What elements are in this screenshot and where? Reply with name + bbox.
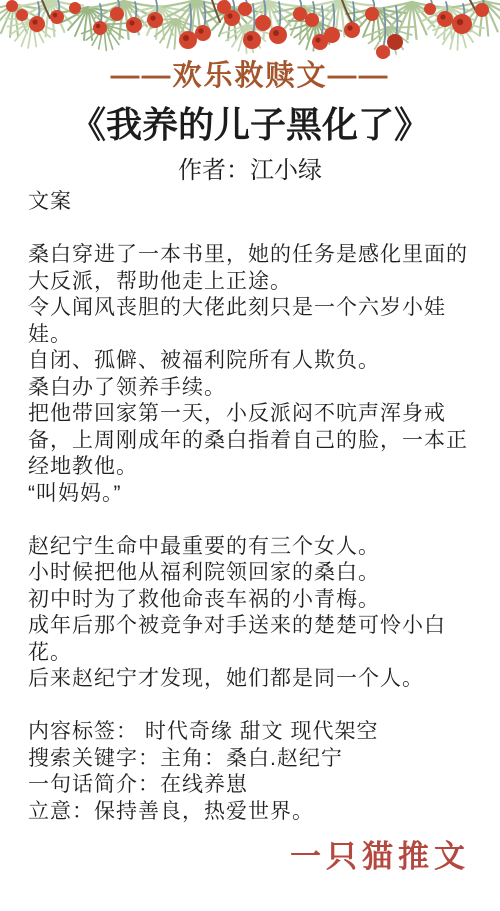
- synopsis-line: 花。: [28, 640, 474, 667]
- synopsis-line: 文案: [28, 189, 474, 216]
- synopsis-line: 成年后那个被竞争对手送来的楚楚可怜小白: [28, 613, 474, 640]
- synopsis-line: 桑白办了领养手续。: [28, 375, 474, 402]
- book-title: 《我养的儿子黑化了》: [0, 100, 500, 150]
- book-recommendation-card: ——欢乐救赎文—— 《我养的儿子黑化了》 作者：江小绿 文案 桑白穿进了一本书里…: [0, 0, 500, 911]
- synopsis-line: [28, 216, 474, 243]
- synopsis-line: 后来赵纪宁才发现，她们都是同一个人。: [28, 666, 474, 693]
- synopsis-line: 搜索关键字：主角：桑白.赵纪宁: [28, 746, 474, 773]
- card-content: ——欢乐救赎文—— 《我养的儿子黑化了》 作者：江小绿 文案 桑白穿进了一本书里…: [0, 0, 500, 911]
- synopsis-line: 桑白穿进了一本书里，她的任务是感化里面的: [28, 242, 474, 269]
- synopsis-line: [28, 507, 474, 534]
- author-line: 作者：江小绿: [0, 156, 500, 186]
- synopsis-line: 令人闻风丧胆的大佬此刻只是一个六岁小娃: [28, 295, 474, 322]
- synopsis-line: 初中时为了救他命丧车祸的小青梅。: [28, 587, 474, 614]
- synopsis-line: 内容标签： 时代奇缘 甜文 现代架空: [28, 719, 474, 746]
- synopsis-line: [28, 693, 474, 720]
- synopsis-line: 大反派，帮助他走上正途。: [28, 269, 474, 296]
- synopsis-line: “叫妈妈。”: [28, 481, 474, 508]
- synopsis-line: 小时候把他从福利院领回家的桑白。: [28, 560, 474, 587]
- synopsis-line: 赵纪宁生命中最重要的有三个女人。: [28, 534, 474, 561]
- synopsis-line: 娃。: [28, 322, 474, 349]
- synopsis-line: 一句话简介：在线养崽: [28, 772, 474, 799]
- synopsis-line: 把他带回家第一天，小反派闷不吭声浑身戒: [28, 401, 474, 428]
- category-banner: ——欢乐救赎文——: [0, 59, 500, 94]
- synopsis-line: 经地教他。: [28, 454, 474, 481]
- synopsis-line: 备，上周刚成年的桑白指着自己的脸，一本正: [28, 428, 474, 455]
- synopsis-line: 立意：保持善良，热爱世界。: [28, 799, 474, 826]
- synopsis-line: 自闭、孤僻、被福利院所有人欺负。: [28, 348, 474, 375]
- watermark: 一只猫推文: [0, 838, 500, 876]
- synopsis: 文案 桑白穿进了一本书里，她的任务是感化里面的大反派，帮助他走上正途。令人闻风丧…: [0, 189, 500, 825]
